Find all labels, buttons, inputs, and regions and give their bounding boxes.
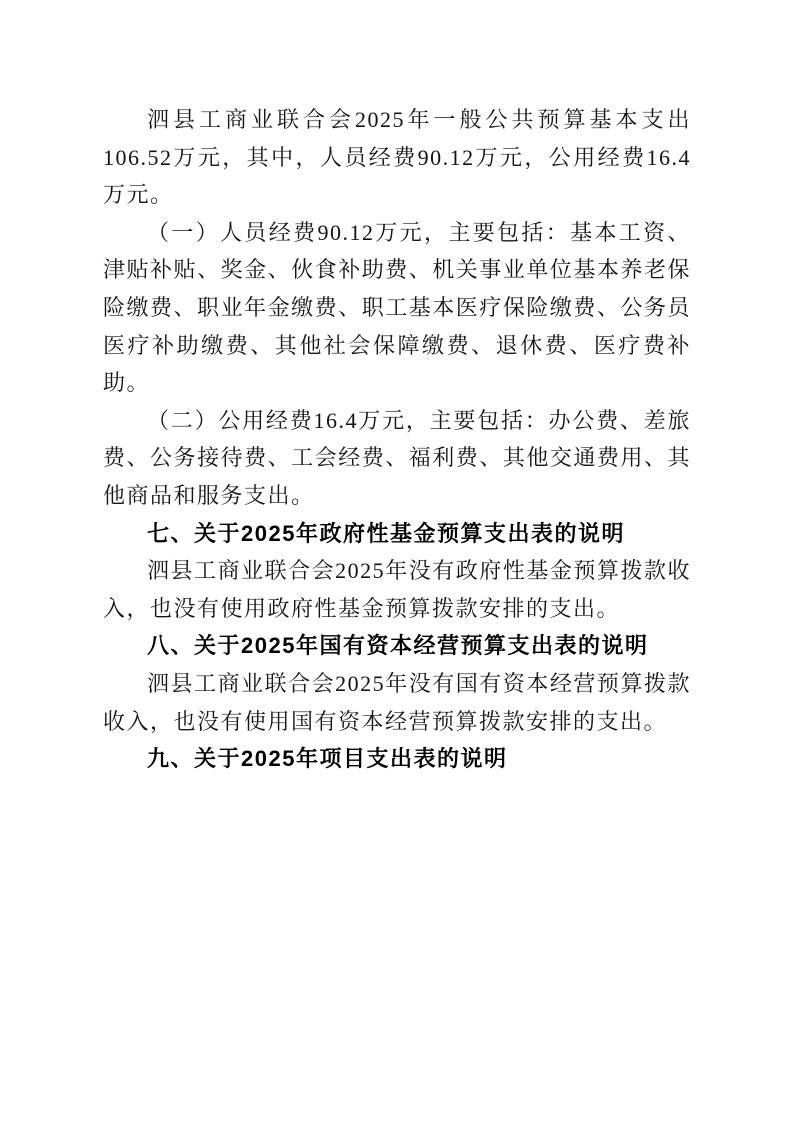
paragraph-personnel-funds-detail: （一）人员经费90.12万元，主要包括：基本工资、津贴补贴、奖金、伙食补助费、机…: [103, 214, 691, 402]
section-heading-7-government-fund-budget: 七、关于2025年政府性基金预算支出表的说明: [103, 515, 691, 553]
paragraph-state-capital-statement: 泗县工商业联合会2025年没有国有资本经营预算拨款收入，也没有使用国有资本经营预…: [103, 665, 691, 740]
document-body: 泗县工商业联合会2025年一般公共预算基本支出106.52万元，其中，人员经费9…: [103, 101, 691, 778]
section-heading-8-state-capital-budget: 八、关于2025年国有资本经营预算支出表的说明: [103, 627, 691, 665]
paragraph-public-funds-detail: （二）公用经费16.4万元，主要包括：办公费、差旅费、公务接待费、工会经费、福利…: [103, 402, 691, 515]
paragraph-basic-expenditure-summary: 泗县工商业联合会2025年一般公共预算基本支出106.52万元，其中，人员经费9…: [103, 101, 691, 214]
section-heading-9-project-expenditure: 九、关于2025年项目支出表的说明: [103, 740, 691, 778]
paragraph-government-fund-statement: 泗县工商业联合会2025年没有政府性基金预算拨款收入，也没有使用政府性基金预算拨…: [103, 552, 691, 627]
document-page: 泗县工商业联合会2025年一般公共预算基本支出106.52万元，其中，人员经费9…: [0, 0, 793, 1122]
